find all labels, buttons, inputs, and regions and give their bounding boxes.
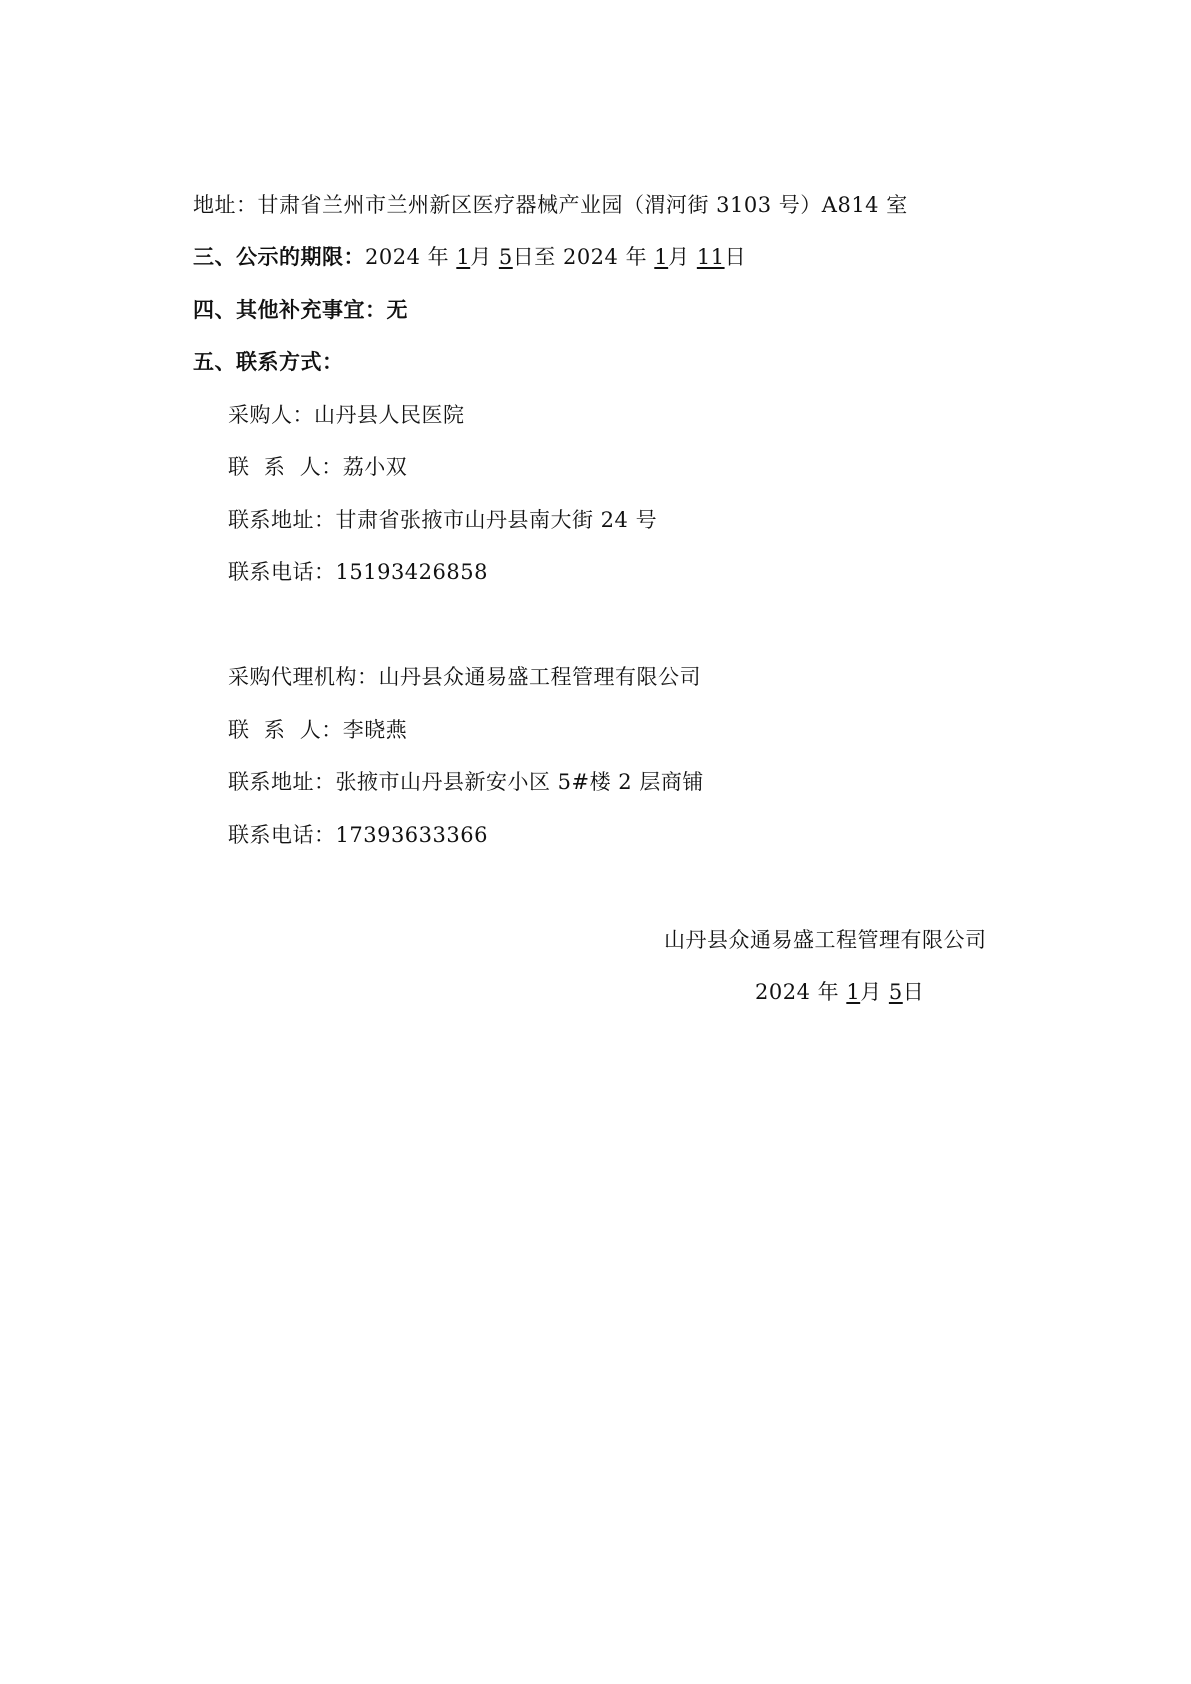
publicity-period: 三、公示的期限：2024 年 1月 5日至 2024 年 1月 11日: [193, 243, 746, 271]
agency-name: 采购代理机构：山丹县众通易盛工程管理有限公司: [228, 663, 701, 691]
signature-date: 2024 年 1月 5日: [755, 978, 924, 1006]
section4-heading: 四、其他补充事宜：无: [193, 296, 408, 324]
agency-phone: 联系电话：17393633366: [228, 821, 488, 849]
section3-heading: 三、公示的期限：: [193, 245, 365, 269]
address-line: 地址：甘肃省兰州市兰州新区医疗器械产业园（渭河街 3103 号）A814 室: [193, 191, 908, 219]
section5-heading: 五、联系方式：: [193, 348, 344, 376]
purchaser-contact: 联 系 人：荔小双: [228, 453, 407, 481]
purchaser-phone: 联系电话：15193426858: [228, 558, 488, 586]
agency-address: 联系地址：张掖市山丹县新安小区 5#楼 2 层商铺: [228, 768, 704, 796]
signature-company: 山丹县众通易盛工程管理有限公司: [664, 926, 987, 954]
agency-contact: 联 系 人：李晓燕: [228, 716, 407, 744]
purchaser-name: 采购人：山丹县人民医院: [228, 401, 465, 429]
purchaser-address: 联系地址：甘肃省张掖市山丹县南大街 24 号: [228, 506, 657, 534]
